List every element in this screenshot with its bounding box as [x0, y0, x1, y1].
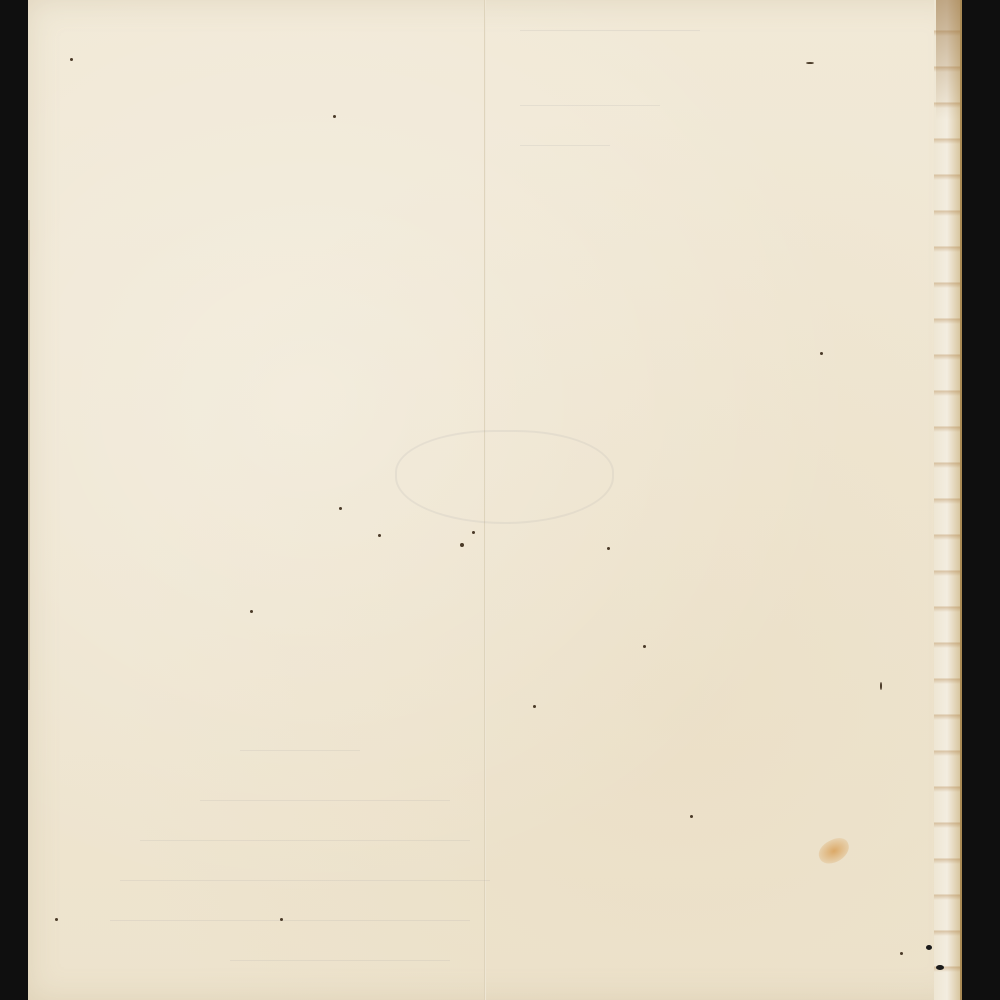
bleed-through-mark [230, 950, 450, 961]
foxing-speck [607, 547, 610, 550]
paper-left-edge-crease [28, 220, 36, 690]
foxing-speck [280, 918, 283, 921]
bleed-through-mark [120, 870, 490, 881]
foxing-speck [533, 705, 536, 708]
faint-watermark-mark [395, 430, 614, 524]
bleed-through-mark [200, 790, 450, 801]
foxing-speck [820, 352, 823, 355]
foxing-speck [333, 115, 336, 118]
bleed-through-mark [110, 910, 470, 921]
bleed-through-mark [520, 20, 700, 31]
edge-stain [936, 0, 960, 120]
bleed-through-mark [240, 740, 360, 751]
foxing-speck [70, 58, 73, 61]
ink-blot [926, 945, 932, 950]
foxing-speck [900, 952, 903, 955]
foxing-speck [250, 610, 253, 613]
foxing-speck [339, 507, 342, 510]
foxing-speck [460, 543, 464, 547]
foxing-speck [690, 815, 693, 818]
foxing-speck [806, 62, 814, 64]
foxing-speck [55, 918, 58, 921]
foxing-speck [880, 682, 882, 690]
bleed-through-mark [520, 95, 660, 106]
paper-right-deckled-edge [934, 0, 962, 1000]
foxing-speck [643, 645, 646, 648]
bleed-through-mark [140, 830, 470, 841]
foxing-speck [378, 534, 381, 537]
foxing-speck [472, 531, 475, 534]
scan-background [0, 0, 1000, 1000]
ink-blot [936, 965, 944, 970]
bleed-through-mark [520, 135, 610, 146]
